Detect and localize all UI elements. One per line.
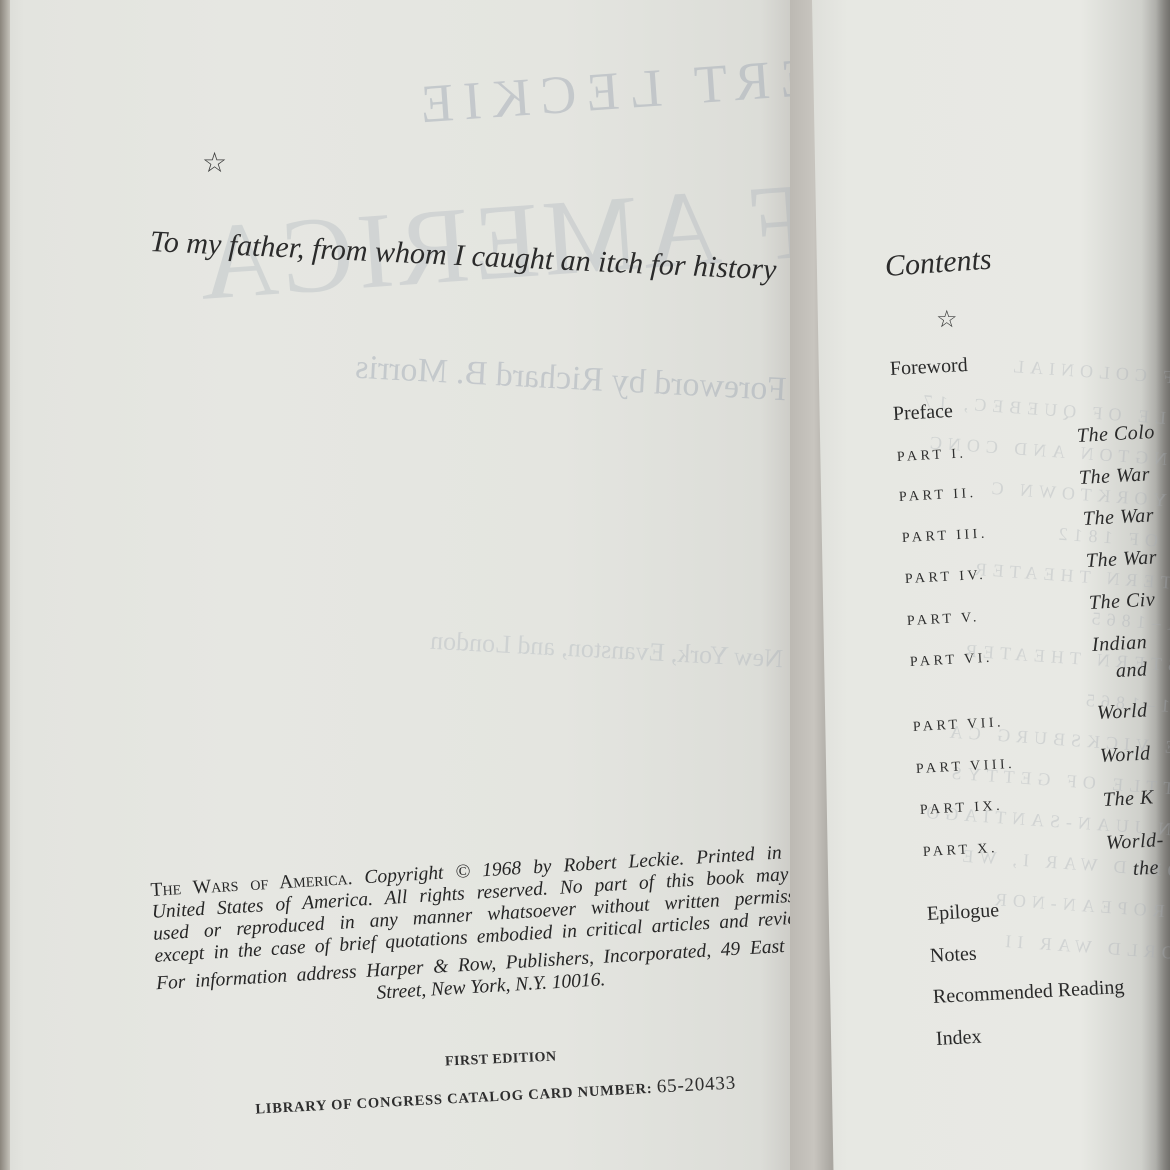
page-edge <box>0 0 10 1170</box>
toc-preface: Preface <box>892 400 953 426</box>
toc-foreword: Foreword <box>889 354 968 381</box>
toc-part-title-cont: the <box>1132 857 1159 881</box>
open-book-photo: ROBERT LECKIE OF AMERICA Foreword by Ric… <box>0 0 1170 1170</box>
bleed-through-publisher: New York, Evanston, and London <box>429 626 783 674</box>
toc-notes: Notes <box>929 943 977 968</box>
star-ornament-icon: ☆ <box>936 305 958 333</box>
toc-part-title: World <box>1096 699 1148 725</box>
toc-part-title: The Colo <box>1076 421 1155 448</box>
lccn-number: 65-20433 <box>656 1072 736 1097</box>
toc-part-title: Indian <box>1091 631 1147 657</box>
left-page: ROBERT LECKIE OF AMERICA Foreword by Ric… <box>0 0 800 1170</box>
toc-index: Index <box>935 1026 982 1051</box>
lccn-line: LIBRARY OF CONGRESS CATALOG CARD NUMBER:… <box>255 1072 737 1119</box>
toc-part-title: The War <box>1085 546 1157 573</box>
copyright-notice: The Wars of America. Copyright © 1968 by… <box>150 840 800 1017</box>
bleed-through-author: ROBERT LECKIE <box>409 36 800 136</box>
star-ornament-icon: ☆ <box>202 146 227 179</box>
bleed-through-foreword: Foreword by Richard B. Morris <box>354 349 787 410</box>
toc-part-title: World <box>1099 742 1151 768</box>
toc-part-title: World- <box>1105 829 1164 855</box>
edition-label: FIRST EDITION <box>445 1049 557 1070</box>
toc-part-title: The War <box>1082 504 1154 531</box>
dedication: To my father, from whom I caught an itch… <box>149 225 777 287</box>
toc-part-title: The War <box>1078 463 1150 490</box>
lccn-label: LIBRARY OF CONGRESS CATALOG CARD NUMBER: <box>255 1081 653 1118</box>
toc-part-title: The Civ <box>1088 589 1155 615</box>
toc-part-title-cont: and <box>1115 658 1148 683</box>
toc-epilogue: Epilogue <box>926 899 999 926</box>
toc-part-title: The K <box>1102 786 1154 812</box>
